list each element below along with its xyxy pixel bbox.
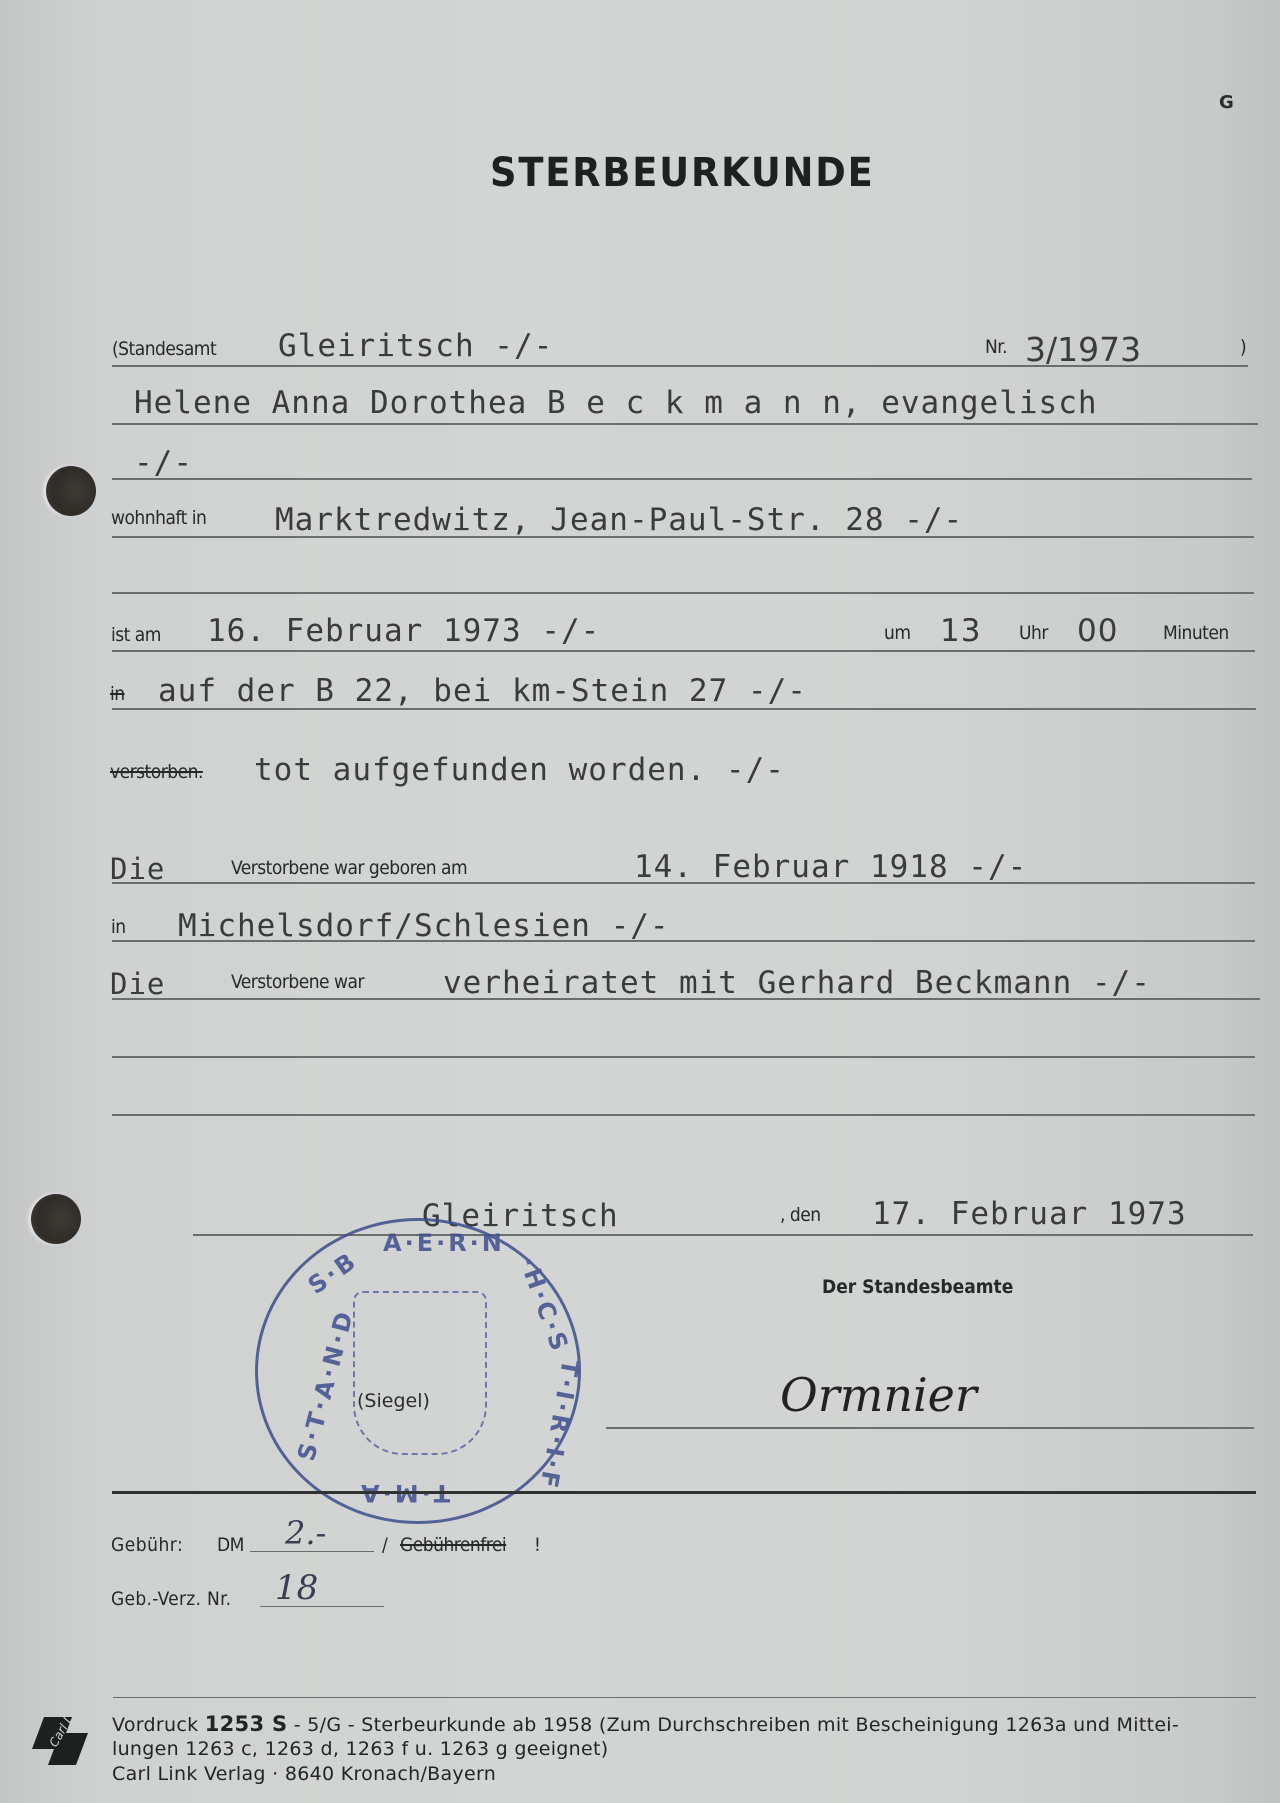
punch-hole-top <box>46 466 96 516</box>
nr-label: Nr. <box>985 336 1007 358</box>
form-code: G <box>1219 92 1234 113</box>
footer-line-1: Vordruck 1253 S - 5/G - Sterbeurkunde ab… <box>112 1712 1179 1738</box>
seal-label: (Siegel) <box>357 1390 430 1412</box>
residence-label: wohnhaft in <box>111 507 206 529</box>
rule <box>112 882 1255 884</box>
marital-value: verheiratet mit Gerhard Beckmann -/- <box>443 965 1151 1001</box>
footer-prefix: Vordruck <box>112 1714 198 1736</box>
fee-rule <box>250 1551 374 1552</box>
standesamt-value: Gleiritsch -/- <box>278 328 553 364</box>
time-um-label: um <box>884 622 911 644</box>
marital-label: Verstorbene war <box>231 971 364 993</box>
deceased-name-cont: -/- <box>134 445 193 481</box>
official-seal-stamp: S·B A·E·R·N ·H·C·S T·I·R·I·F T·M·A S·T·A… <box>255 1218 581 1524</box>
form-number: 1253 S <box>205 1712 288 1736</box>
residence-value: Marktredwitz, Jean-Paul-Str. 28 -/- <box>275 502 963 538</box>
register-value: 18 <box>275 1568 318 1608</box>
carl-link-logo-icon: Carl Link <box>30 1715 90 1767</box>
fee-label: Gebühr: <box>111 1534 183 1556</box>
rule <box>112 940 1255 942</box>
rule <box>112 650 1255 652</box>
death-date-label: ist am <box>111 624 161 646</box>
official-signature: Ormnier <box>780 1368 977 1422</box>
death-place-value: auf der B 22, bei km-Stein 27 -/- <box>158 673 807 709</box>
certificate-paper: G STERBEURKUNDE (Standesamt Gleiritsch -… <box>0 0 1280 1803</box>
signature-rule <box>606 1427 1254 1429</box>
died-label-struck: verstorben. <box>110 761 203 783</box>
nr-value: 3/1973 <box>1025 330 1141 369</box>
birthplace-value: Michelsdorf/Schlesien -/- <box>178 908 670 944</box>
rule <box>112 478 1252 480</box>
register-label: Geb.-Verz. Nr. <box>111 1588 231 1610</box>
fee-value: 2.- <box>285 1514 326 1552</box>
rule <box>112 592 1254 594</box>
rule <box>112 423 1258 425</box>
marital-prefix: Die <box>110 967 165 1001</box>
birthplace-label: in <box>111 916 126 938</box>
rule <box>112 1114 1255 1116</box>
official-title: Der Standesbeamte <box>822 1276 1013 1298</box>
rule <box>112 536 1254 538</box>
death-place-label-struck: in <box>110 683 125 705</box>
close-paren: ) <box>1240 336 1246 358</box>
rule <box>112 708 1256 710</box>
time-uhr-label: Uhr <box>1019 622 1048 644</box>
footer-rule <box>113 1697 1256 1698</box>
register-rule <box>260 1606 384 1607</box>
coat-of-arms-icon <box>353 1291 487 1455</box>
page-title: STERBEURKUNDE <box>54 150 1280 196</box>
death-date-value: 16. Februar 1973 -/- <box>207 613 600 649</box>
rule <box>112 365 1248 367</box>
birth-prefix: Die <box>110 852 165 886</box>
footer-line-2: lungen 1263 c, 1263 d, 1263 f u. 1263 g … <box>112 1737 608 1762</box>
section-divider <box>112 1491 1256 1494</box>
fee-currency: DM <box>217 1534 244 1556</box>
time-minuten-label: Minuten <box>1163 622 1229 644</box>
rule <box>112 1056 1255 1058</box>
death-mode-value: tot aufgefunden worden. -/- <box>254 752 785 788</box>
birth-label: Verstorbene war geboren am <box>231 857 467 879</box>
standesamt-label: (Standesamt <box>112 338 216 360</box>
rule <box>112 998 1260 1000</box>
fee-exclaim: ! <box>534 1534 540 1556</box>
footer-line1-rest: - 5/G - Sterbeurkunde ab 1958 (Zum Durch… <box>294 1714 1179 1736</box>
footer-line-3: Carl Link Verlag · 8640 Kronach/Bayern <box>112 1762 496 1787</box>
death-minutes: 00 <box>1077 613 1118 649</box>
issue-date: 17. Februar 1973 <box>872 1196 1187 1232</box>
punch-hole-bottom <box>31 1194 81 1244</box>
issue-den-label: , den <box>780 1204 821 1226</box>
birth-date-value: 14. Februar 1918 -/- <box>634 849 1027 885</box>
fee-free-struck: Gebührenfrei <box>400 1534 506 1556</box>
death-hour: 13 <box>940 613 981 649</box>
deceased-name: Helene Anna Dorothea B e c k m a n n, ev… <box>134 385 1098 421</box>
fee-separator: / <box>382 1534 387 1556</box>
